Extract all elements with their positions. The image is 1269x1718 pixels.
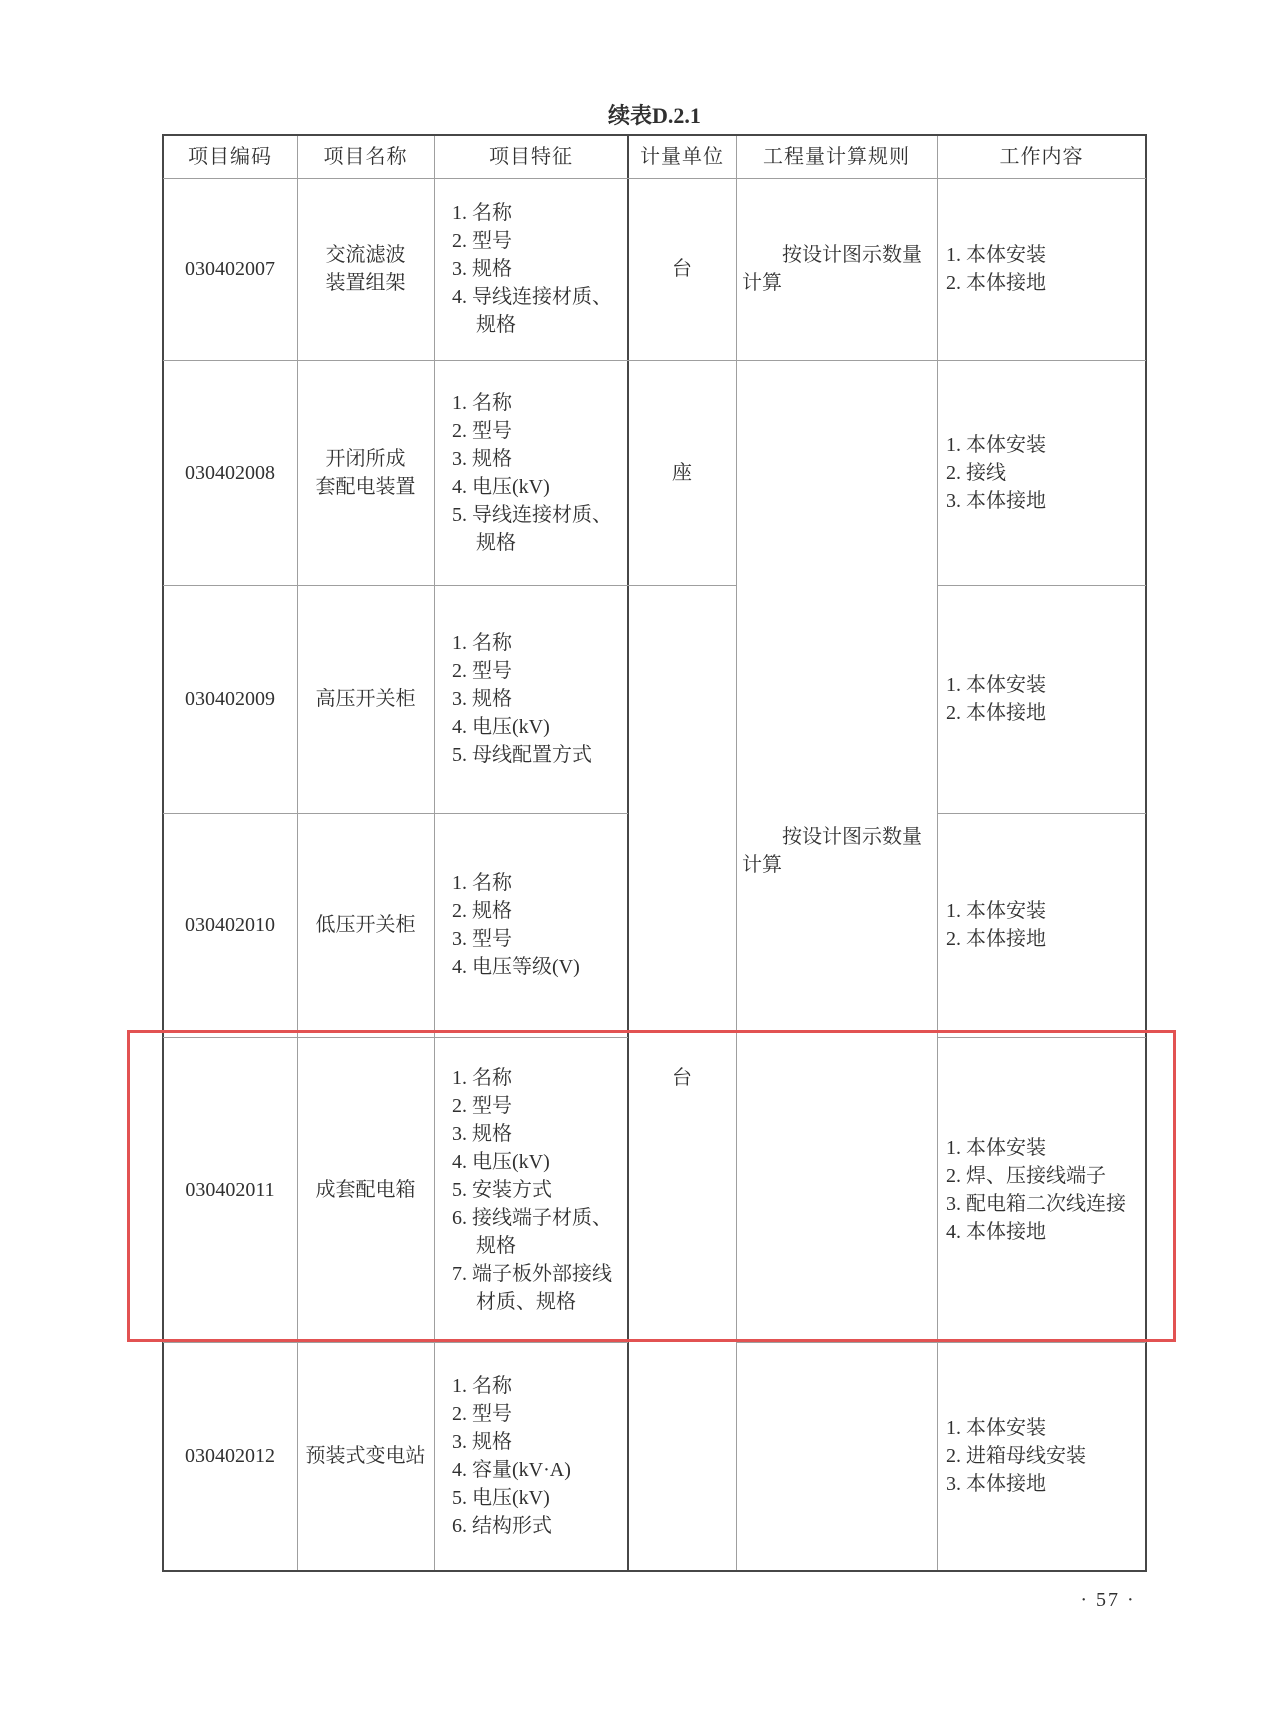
table-caption: 续表D.2.1 <box>163 101 1146 131</box>
feature-item: 3. 规格 <box>452 255 512 283</box>
column-header-feature: 项目特征 <box>436 135 626 178</box>
column-header-name: 项目名称 <box>299 135 432 178</box>
item-code: 030402010 <box>165 813 295 1037</box>
feature-item: 1. 名称 <box>452 389 512 417</box>
item-name: 高压开关柜 <box>299 585 432 813</box>
column-header-code: 项目编码 <box>165 135 295 178</box>
feature-item: 5. 母线配置方式 <box>452 741 592 769</box>
feature-item: 4. 电压等级(V) <box>452 953 580 981</box>
grid-line <box>434 135 435 1571</box>
feature-item: 1. 名称 <box>452 1372 512 1400</box>
grid-line <box>937 135 938 1571</box>
work-list: 1. 本体安装 2. 本体接地 <box>946 813 1144 1037</box>
feature-item: 5. 导线连接材质、 规格 <box>452 501 612 557</box>
unit-cell: 座 <box>630 360 734 585</box>
work-item: 1. 本体安装 <box>946 897 1046 925</box>
feature-item: 4. 电压(kV) <box>452 713 550 741</box>
feature-list: 1. 名称 2. 型号 3. 规格 4. 电压(kV) 5. 母线配置方式 <box>452 585 626 813</box>
column-header-rule: 工程量计算规则 <box>738 135 935 178</box>
work-item: 2. 接线 <box>946 459 1006 487</box>
feature-item: 3. 型号 <box>452 925 512 953</box>
item-code: 030402008 <box>165 360 295 585</box>
work-item: 3. 本体接地 <box>946 487 1046 515</box>
feature-item: 3. 规格 <box>452 1428 512 1456</box>
feature-item: 2. 型号 <box>452 1400 512 1428</box>
feature-item: 1. 名称 <box>452 199 512 227</box>
rule-cell: 按设计图示数量 计算 <box>742 178 935 360</box>
feature-item: 4. 电压(kV) <box>452 473 550 501</box>
work-item: 1. 本体安装 <box>946 241 1046 269</box>
feature-item: 3. 规格 <box>452 685 512 713</box>
work-item: 2. 本体接地 <box>946 269 1046 297</box>
red-highlight-box <box>127 1030 1176 1342</box>
work-item: 1. 本体安装 <box>946 1414 1046 1442</box>
grid-line <box>163 1570 1146 1572</box>
column-header-work: 工作内容 <box>939 135 1144 178</box>
work-list: 1. 本体安装 2. 接线 3. 本体接地 <box>946 360 1144 585</box>
feature-list: 1. 名称 2. 型号 3. 规格 4. 电压(kV) 5. 导线连接材质、 规… <box>452 360 626 585</box>
work-item: 2. 进箱母线安装 <box>946 1442 1086 1470</box>
work-item: 1. 本体安装 <box>946 431 1046 459</box>
work-item: 2. 本体接地 <box>946 699 1046 727</box>
grid-line <box>162 134 164 1572</box>
feature-item: 4. 导线连接材质、 规格 <box>452 283 612 339</box>
document-page: 续表D.2.1 · 57 · 项目编码 项目名称 项目特征 计量单位 工程量计算… <box>0 0 1269 1718</box>
grid-line <box>736 135 737 1571</box>
page-number: · 57 · <box>1043 1586 1173 1614</box>
feature-item: 2. 型号 <box>452 417 512 445</box>
feature-item: 6. 结构形式 <box>452 1512 552 1540</box>
feature-item: 2. 型号 <box>452 657 512 685</box>
feature-item: 4. 容量(kV·A) <box>452 1456 571 1484</box>
item-code: 030402012 <box>165 1342 295 1570</box>
work-list: 1. 本体安装 2. 本体接地 <box>946 585 1144 813</box>
work-item: 2. 本体接地 <box>946 925 1046 953</box>
grid-line <box>1145 134 1147 1572</box>
feature-item: 1. 名称 <box>452 869 512 897</box>
grid-line <box>297 135 298 1571</box>
item-name: 开闭所成 套配电装置 <box>299 360 432 585</box>
feature-item: 1. 名称 <box>452 629 512 657</box>
column-header-unit: 计量单位 <box>630 135 734 178</box>
feature-list: 1. 名称 2. 型号 3. 规格 4. 导线连接材质、 规格 <box>452 178 626 360</box>
work-list: 1. 本体安装 2. 本体接地 <box>946 178 1144 360</box>
feature-item: 2. 型号 <box>452 227 512 255</box>
grid-line <box>627 135 629 1571</box>
item-code: 030402009 <box>165 585 295 813</box>
unit-cell: 台 <box>630 178 734 360</box>
work-item: 1. 本体安装 <box>946 671 1046 699</box>
feature-item: 3. 规格 <box>452 445 512 473</box>
item-name: 低压开关柜 <box>299 813 432 1037</box>
item-name: 交流滤波 装置组架 <box>299 178 432 360</box>
work-list: 1. 本体安装 2. 进箱母线安装 3. 本体接地 <box>946 1342 1144 1570</box>
work-item: 3. 本体接地 <box>946 1470 1046 1498</box>
feature-item: 5. 电压(kV) <box>452 1484 550 1512</box>
feature-item: 2. 规格 <box>452 897 512 925</box>
feature-list: 1. 名称 2. 型号 3. 规格 4. 容量(kV·A) 5. 电压(kV) … <box>452 1342 626 1570</box>
feature-list: 1. 名称 2. 规格 3. 型号 4. 电压等级(V) <box>452 813 626 1037</box>
item-code: 030402007 <box>165 178 295 360</box>
item-name: 预装式变电站 <box>299 1342 432 1570</box>
